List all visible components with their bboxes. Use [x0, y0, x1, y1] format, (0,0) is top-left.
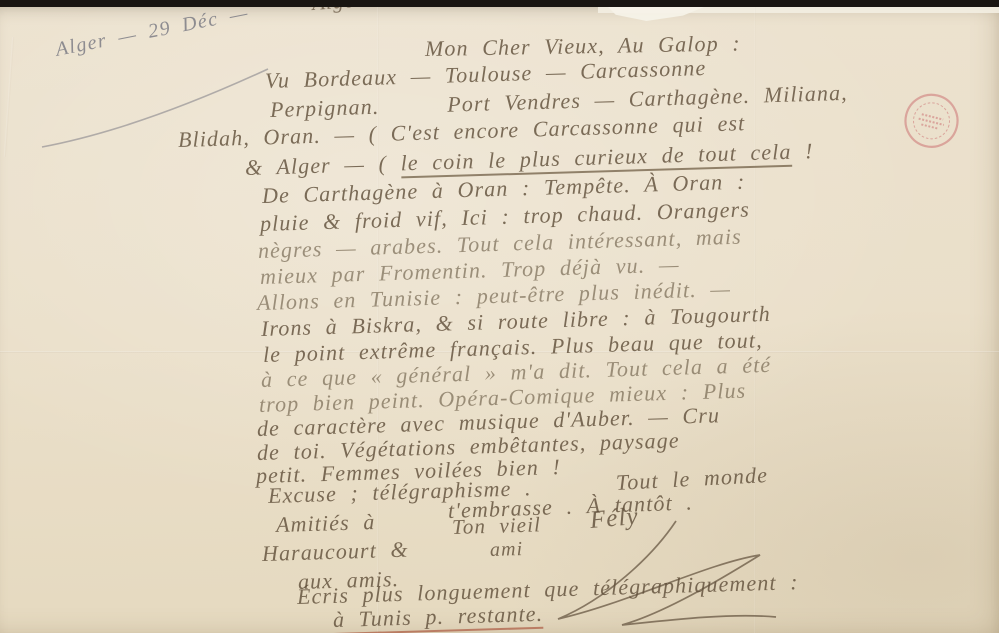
signature-ami: ami	[490, 537, 524, 562]
emphasis-suffix: !	[791, 138, 814, 164]
closing-amities: Amitiés à	[276, 510, 376, 537]
signature-ton-vieil: Ton vieil	[452, 512, 542, 539]
postscript-poste-restante: à Tunis p. restante.	[333, 602, 544, 632]
letter-paper: Alger 29 Alger — 29 Déc — Mon Cher Vieux…	[0, 7, 999, 633]
closing-haraucourt: Haraucourt &	[262, 538, 409, 566]
postscript-underlined-red: à Tunis p. restante.	[333, 601, 544, 633]
paper-wrinkle	[4, 37, 14, 157]
paper-top-notch	[608, 7, 704, 21]
scanned-letter-page: { "pencil_annotation": "Alger — 29 Déc —…	[0, 0, 999, 633]
top-edge-cutoff-text: Alger 29	[311, 7, 401, 15]
red-collection-stamp-icon	[891, 84, 972, 163]
emphasis-prefix: & Alger — (	[245, 150, 401, 180]
